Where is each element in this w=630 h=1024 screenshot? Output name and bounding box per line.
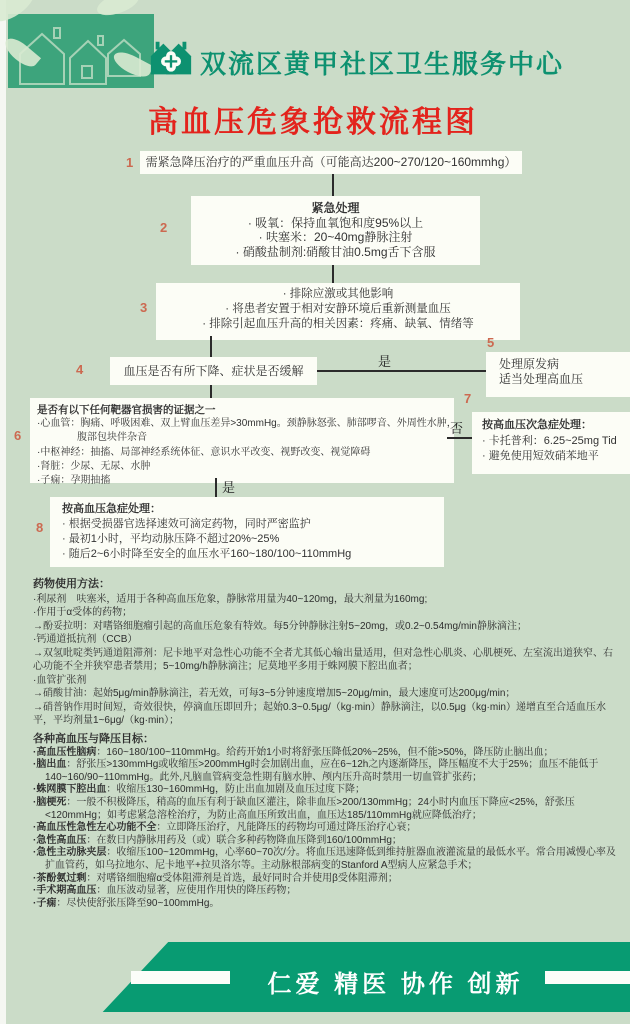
connector-line	[332, 174, 334, 196]
target-term: ·高血压性急性左心功能不全	[33, 822, 156, 833]
target-term: ·脑梗死	[33, 797, 66, 808]
target-term: ·高血压性脑病	[33, 747, 96, 758]
flow-box-3-line: · 排除引起血压升高的相关因素：疼痛、缺氧、情绪等	[156, 317, 520, 332]
connector-line-yes	[317, 370, 486, 372]
flow-box-6-line: ·心血管：胸痛、呼吸困难、双上臂血压差异>30mmHg。颈静脉怒张、肺部啰音、外…	[37, 417, 454, 431]
targets-section-title: 各种高血压与降压目标：	[33, 733, 617, 746]
medication-line: ·作用于α受体的药物；	[33, 606, 617, 620]
target-item: ·急性主动脉夹层：收缩压100~120mmHg，心率60~70次/分。将血压迅速…	[33, 847, 617, 872]
step-number-4: 4	[76, 362, 83, 377]
medication-line: ·钙通道抵抗剂（CCB）	[33, 633, 617, 647]
target-term: ·急性主动脉夹层	[33, 847, 106, 858]
bp-targets-section: 各种高血压与降压目标： ·高血压性脑病：160~180/100~110mmHg。…	[33, 733, 617, 910]
flow-box-6: 是否有以下任何靶器官损害的证据之一 ·心血管：胸痛、呼吸困难、双上臂血压差异>3…	[30, 398, 454, 483]
medication-line: ·利尿剂 呋塞米，适用于各种高血压危象，静脉常用量为40~120mg，最大剂量为…	[33, 593, 617, 607]
flow-box-8-line: · 随后2~6小时降至安全的血压水平160~180/100~110mmHg	[62, 547, 444, 562]
connector-line	[215, 478, 217, 497]
flow-box-3-line: · 将患者安置于相对安静环境后重新测量血压	[156, 302, 520, 317]
step-number-5: 5	[487, 335, 494, 350]
medication-line: →硝普钠作用时间短，奇效很快，停滴血压即回升；起始0.3~0.5μg/（kg·m…	[33, 701, 617, 728]
target-item: ·脑出血：舒张压>130mmHg或收缩压>200mmHg时会加剧出血，应在6~1…	[33, 759, 617, 784]
target-text: ：舒张压>130mmHg或收缩压>200mmHg时会加剧出血，应在6~12h之内…	[45, 759, 598, 783]
flow-box-8-line: · 最初1小时，平均动脉压降不超过20%~25%	[62, 532, 444, 547]
target-term: ·子痫	[33, 898, 56, 909]
target-text: ：收缩压130~160mmHg，防止出血加剧及血压过度下降；	[106, 784, 365, 795]
connector-line	[332, 265, 334, 283]
flow-box-8-title: 按高血压急症处理：	[62, 502, 444, 517]
target-item: ·蛛网膜下腔出血：收缩压130~160mmHg，防止出血加剧及血压过度下降；	[33, 784, 617, 797]
target-item: ·高血压性急性左心功能不全：立即降压治疗，凡能降压的药物均可通过降压治疗心衰；	[33, 822, 617, 835]
medication-line: →双氢吡啶类钙通道阻滞剂：尼卡地平对急性心功能不全者尤其低心输出量适用，但对急性…	[33, 647, 617, 674]
step-number-8: 8	[36, 520, 43, 535]
flow-box-4: 血压是否有所下降、症状是否缓解	[110, 357, 317, 385]
target-term: ·蛛网膜下腔出血	[33, 784, 106, 795]
medication-line: →硝酸甘油：起始5μg/min静脉滴注，若无效，可每3~5分钟速度增加5~20μ…	[33, 687, 617, 701]
flow-box-2-line: · 呋塞米：20~40mg静脉注射	[191, 230, 480, 245]
label-yes: 是	[222, 477, 235, 496]
target-term: ·手术期高血压	[33, 885, 96, 896]
target-item: ·子痫：尽快使舒张压降至90~100mmHg。	[33, 898, 617, 911]
flow-box-7: 按高血压次急症处理： · 卡托普利：6.25~25mg Tid · 避免使用短效…	[472, 412, 630, 474]
target-text: ：收缩压100~120mmHg，心率60~70次/分。将血压迅速降低到维持脏器血…	[45, 847, 616, 871]
medication-line: →酚妥拉明：对嗜铬细胞瘤引起的高血压危象有特效。每5分钟静脉注射5~20mg，或…	[33, 620, 617, 634]
flow-box-7-title: 按高血压次急症处理：	[482, 418, 630, 434]
step-number-3: 3	[140, 300, 147, 315]
flow-box-2-line: · 硝酸盐制剂:硝酸甘油0.5mg舌下含服	[191, 245, 480, 260]
org-name: 双流区黄甲社区卫生服务中心	[200, 44, 564, 81]
flow-box-4-text: 血压是否有所下降、症状是否缓解	[123, 364, 303, 378]
medication-line: ·血管扩张剂	[33, 674, 617, 688]
clinic-logo-icon	[148, 36, 194, 82]
flow-box-6-line: ·中枢神经：抽搐、局部神经系统体征、意识水平改变、视野改变、视觉障碍	[37, 446, 454, 460]
flow-box-1-text: 需紧急降压治疗的严重血压升高（可能高达200~270/120~160mmhg）	[146, 155, 517, 169]
flow-box-2-line: · 吸氧：保持血氧饱和度95%以上	[191, 216, 480, 231]
flow-box-2: 紧急处理 · 吸氧：保持血氧饱和度95%以上 · 呋塞米：20~40mg静脉注射…	[191, 196, 480, 265]
flow-box-8-line: · 根据受损器官选择速效可滴定药物，同时严密监护	[62, 517, 444, 532]
target-item: ·急性高血压：在数日内静脉用药及（或）联合多种药物降血压降到160/100mmH…	[33, 835, 617, 848]
target-item: ·脑梗死：一般不积极降压，稍高的血压有利于缺血区灌注，除非血压>200/130m…	[33, 797, 617, 822]
step-number-1: 1	[126, 155, 133, 170]
target-term: ·急性高血压	[33, 835, 86, 846]
target-text: ：立即降压治疗，凡能降压的药物均可通过降压治疗心衰；	[156, 822, 416, 833]
poster-canvas: 双流区黄甲社区卫生服务中心 高血压危象抢救流程图 1 需紧急降压治疗的严重血压升…	[0, 0, 630, 1024]
left-margin-strip	[0, 0, 6, 1024]
label-yes: 是	[378, 351, 391, 370]
medication-section-title: 药物使用方法：	[33, 578, 617, 592]
target-text: ：对嗜铬细胞瘤α受体阻滞剂是首选，最好同时合并使用β受体阻滞剂；	[86, 873, 398, 884]
flow-box-3-line: · 排除应激或其他影响	[156, 287, 520, 302]
flow-box-3: · 排除应激或其他影响 · 将患者安置于相对安静环境后重新测量血压 · 排除引起…	[156, 283, 520, 340]
flow-box-5-line: 处理原发病	[499, 357, 630, 372]
footer-decoration-bar	[131, 971, 230, 984]
flow-box-7-line: · 卡托普利：6.25~25mg Tid	[482, 434, 630, 450]
flow-box-5: 处理原发病 适当处理高血压	[486, 352, 630, 397]
label-no: 否	[450, 418, 463, 437]
flow-box-1: 需紧急降压治疗的严重血压升高（可能高达200~270/120~160mmhg）	[140, 151, 522, 174]
step-number-2: 2	[160, 220, 167, 235]
target-term: ·脑出血	[33, 759, 66, 770]
step-number-7: 7	[464, 391, 471, 406]
target-text: ：血压波动显著，应使用作用快的降压药物；	[96, 885, 296, 896]
target-item: ·高血压性脑病：160~180/100~110mmHg。给药开始1小时将舒张压降…	[33, 747, 617, 760]
flow-box-6-line: ·子痫：孕期抽搐	[37, 474, 454, 488]
poster-title: 高血压危象抢救流程图	[148, 97, 478, 141]
step-number-6: 6	[14, 428, 21, 443]
flow-box-7-line: · 避免使用短效硝苯地平	[482, 449, 630, 465]
target-text: ：尽快使舒张压降至90~100mmHg。	[56, 898, 219, 909]
medication-usage-section: 药物使用方法： ·利尿剂 呋塞米，适用于各种高血压危象，静脉常用量为40~120…	[33, 578, 617, 728]
connector-line	[210, 385, 212, 399]
target-item: ·手术期高血压：血压波动显著，应使用作用快的降压药物；	[33, 885, 617, 898]
footer-decoration-bar	[545, 971, 630, 984]
target-term: ·茶酚氨过剩	[33, 873, 86, 884]
footer-motto: 仁爱 精医 协作 创新	[248, 964, 543, 999]
flow-box-5-line: 适当处理高血压	[499, 372, 630, 387]
target-item: ·茶酚氨过剩：对嗜铬细胞瘤α受体阻滞剂是首选，最好同时合并使用β受体阻滞剂；	[33, 873, 617, 886]
flow-box-6-line: 腹部包块伴杂音	[37, 431, 454, 445]
target-text: ：160~180/100~110mmHg。给药开始1小时将舒张压降低20%~25…	[96, 747, 553, 758]
target-text: ：一般不积极降压，稍高的血压有利于缺血区灌注，除非血压>200/130mmHg；…	[45, 797, 575, 821]
flow-box-8: 按高血压急症处理： · 根据受损器官选择速效可滴定药物，同时严密监护 · 最初1…	[50, 497, 444, 567]
connector-line-no	[447, 437, 472, 439]
connector-line	[210, 336, 212, 357]
target-text: ：在数日内静脉用药及（或）联合多种药物降血压降到160/100mmHg；	[86, 835, 402, 846]
flow-box-6-line: ·肾脏：少尿、无尿、水肿	[37, 460, 454, 474]
flow-box-6-title: 是否有以下任何靶器官损害的证据之一	[37, 403, 454, 417]
flow-box-2-title: 紧急处理	[191, 201, 480, 216]
